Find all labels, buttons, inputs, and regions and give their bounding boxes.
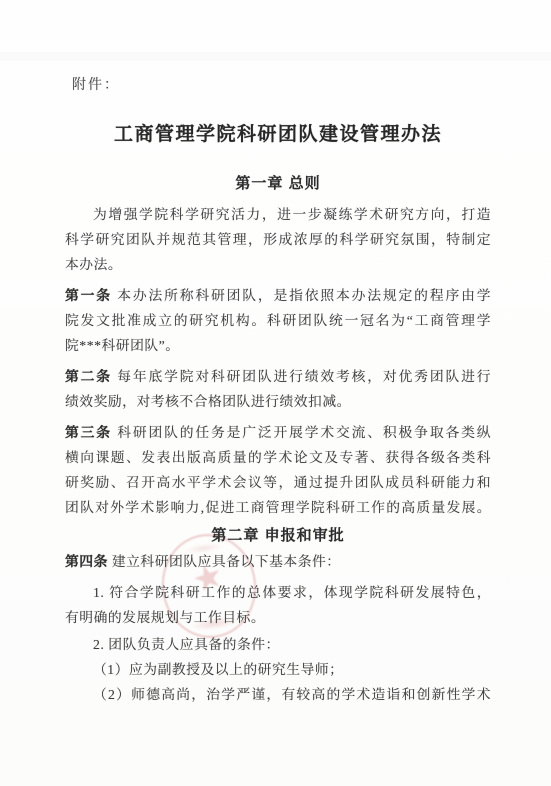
text-run: 1. 符合学院科研工作的总体要求，体现学院科研发展特色，: [93, 585, 491, 600]
article-number-label: 第四条: [65, 554, 108, 569]
paragraph: 2. 团队负责人应具备的条件：: [65, 632, 491, 657]
text-line: 第二条 每年底学院对科研团队进行绩效考核，对优秀团队进行: [65, 364, 491, 389]
text-line: （2）师德高尚，治学严谨，有较高的学术造诣和创新性学术: [65, 682, 491, 707]
text-line: 科学研究团队并规范其管理，形成浓厚的科学研究氛围，特制定: [65, 227, 491, 252]
text-line: 第三条 科研团队的任务是广泛开展学术交流、积极争取各类纵: [65, 420, 491, 445]
text-run: （1）应为副教授及以上的研究生导师；: [93, 662, 343, 677]
text-line: 2. 团队负责人应具备的条件：: [65, 632, 491, 657]
text-run: 每年底学院对科研团队进行绩效考核，对优秀团队进行: [112, 369, 491, 384]
text-line: 为增强学院科学研究活力，进一步凝练学术研究方向，打造: [65, 202, 491, 227]
text-run: 团队对外学术影响力,促进工商管理学院科研工作的高质量发展。: [65, 500, 491, 515]
text-run: 院发文批准成立的研究机构。科研团队统一冠名为“工商管理学: [65, 313, 491, 328]
text-line: 1. 符合学院科研工作的总体要求，体现学院科研发展特色，: [65, 580, 491, 605]
text-line: 第四条 建立科研团队应具备以下基本条件：: [65, 549, 491, 574]
paragraph: （2）师德高尚，治学严谨，有较高的学术造诣和创新性学术: [65, 682, 491, 707]
text-run: 科研团队的任务是广泛开展学术交流、积极争取各类纵: [112, 425, 491, 440]
paragraph: 为增强学院科学研究活力，进一步凝练学术研究方向，打造科学研究团队并规范其管理，形…: [65, 202, 491, 277]
chapter-heading: 第二章 申报和审批: [65, 526, 491, 546]
article-number-label: 第三条: [65, 425, 112, 440]
text-line: 有明确的发展规划与工作目标。: [65, 605, 491, 630]
text-run: 建立科研团队应具备以下基本条件：: [108, 554, 341, 569]
text-run: 绩效奖励，对考核不合格团队进行绩效扣减。: [65, 394, 351, 409]
article-number-label: 第一条: [65, 288, 112, 303]
paragraph: 第四条 建立科研团队应具备以下基本条件：: [65, 549, 491, 574]
text-line: （1）应为副教授及以上的研究生导师；: [65, 657, 491, 682]
text-run: 院***科研团队”。: [65, 338, 180, 353]
text-line: 第一条 本办法所称科研团队，是指依照本办法规定的程序由学: [65, 283, 491, 308]
paragraph: 1. 符合学院科研工作的总体要求，体现学院科研发展特色，有明确的发展规划与工作目…: [65, 580, 491, 630]
paragraph: 第三条 科研团队的任务是广泛开展学术交流、积极争取各类纵横向课题、发表出版高质量…: [65, 420, 491, 520]
text-line: 院发文批准成立的研究机构。科研团队统一冠名为“工商管理学: [65, 308, 491, 333]
text-run: 本办法。: [65, 257, 122, 272]
text-line: 绩效奖励，对考核不合格团队进行绩效扣减。: [65, 389, 491, 414]
document-title: 工商管理学院科研团队建设管理办法: [65, 124, 491, 146]
text-run: （2）师德高尚，治学严谨，有较高的学术造诣和创新性学术: [93, 687, 491, 702]
text-run: 本办法所称科研团队，是指依照本办法规定的程序由学: [112, 288, 491, 303]
text-run: 科学研究团队并规范其管理，形成浓厚的科学研究氛围，特制定: [65, 232, 491, 247]
scanned-document-page: 附件： ★ 工商管理学院科研团队建设管理办法 第一章 总则为增强学院科学研究活力…: [0, 0, 551, 786]
text-run: 横向课题、发表出版高质量的学术论文及专著、获得各级各类科: [65, 450, 491, 465]
document-blocks: 第一章 总则为增强学院科学研究活力，进一步凝练学术研究方向，打造科学研究团队并规…: [65, 174, 491, 707]
text-run: 研奖励、召开高水平学术会议等，通过提升团队成员科研能力和: [65, 475, 491, 490]
text-line: 研奖励、召开高水平学术会议等，通过提升团队成员科研能力和: [65, 470, 491, 495]
document-body: 工商管理学院科研团队建设管理办法 第一章 总则为增强学院科学研究活力，进一步凝练…: [65, 124, 491, 707]
chapter-heading: 第一章 总则: [65, 174, 491, 194]
paragraph: 第二条 每年底学院对科研团队进行绩效考核，对优秀团队进行绩效奖励，对考核不合格团…: [65, 364, 491, 414]
text-line: 团队对外学术影响力,促进工商管理学院科研工作的高质量发展。: [65, 495, 491, 520]
text-run: 有明确的发展规划与工作目标。: [65, 610, 265, 625]
text-line: 横向课题、发表出版高质量的学术论文及专著、获得各级各类科: [65, 445, 491, 470]
attachment-label: 附件：: [72, 74, 120, 94]
text-line: 本办法。: [65, 252, 491, 277]
text-run: 2. 团队负责人应具备的条件：: [93, 637, 280, 652]
article-number-label: 第二条: [65, 369, 112, 384]
paragraph: （1）应为副教授及以上的研究生导师；: [65, 657, 491, 682]
text-run: 为增强学院科学研究活力，进一步凝练学术研究方向，打造: [93, 207, 491, 222]
paragraph: 第一条 本办法所称科研团队，是指依照本办法规定的程序由学院发文批准成立的研究机构…: [65, 283, 491, 358]
text-line: 院***科研团队”。: [65, 333, 491, 358]
